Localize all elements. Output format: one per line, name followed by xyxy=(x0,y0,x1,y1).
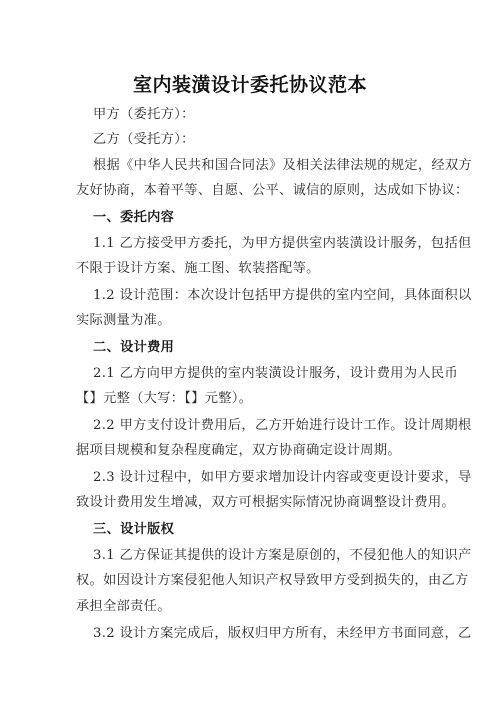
document-title: 室内装潢设计委托协议范本 xyxy=(0,70,500,97)
clause-2-3-line-2: 致设计费用发生增减，双方可根据实际情况协商调整设计费用。 xyxy=(76,494,428,512)
clause-1-2-line-2: 实际测量为准。 xyxy=(76,312,428,330)
clause-2-2-line-2: 据项目规模和复杂程度确定，双方协商确定设计周期。 xyxy=(76,442,428,460)
preamble-line-1: 根据《中华人民共和国合同法》及相关法律法规的规定，经双方 xyxy=(93,157,428,175)
clause-2-1-line-1: 2.1 乙方向甲方提供的室内装潢设计服务，设计费用为人民币 xyxy=(93,365,428,383)
clause-3-1-line-2: 权。如因设计方案侵犯他人知识产权导致甲方受到损失的，由乙方 xyxy=(76,572,428,590)
clause-1-2-line-1: 1.2 设计范围：本次设计包括甲方提供的室内空间，具体面积以 xyxy=(93,287,428,305)
preamble-line-2: 友好协商，本着平等、自愿、公平、诚信的原则，达成如下协议： xyxy=(76,182,428,200)
clause-1-1-line-1: 1.1 乙方接受甲方委托，为甲方提供室内装潢设计服务，包括但 xyxy=(93,235,428,253)
section-heading-3: 三、设计版权 xyxy=(93,521,428,539)
clause-3-1-line-3: 承担全部责任。 xyxy=(76,598,428,616)
clause-3-1-line-1: 3.1 乙方保证其提供的设计方案是原创的，不侵犯他人的知识产 xyxy=(93,547,428,565)
section-heading-1: 一、委托内容 xyxy=(93,209,428,227)
clause-2-2-line-1: 2.2 甲方支付设计费用后，乙方开始进行设计工作。设计周期根 xyxy=(93,417,428,435)
party-a-label: 甲方（委托方）： xyxy=(93,106,428,124)
clause-2-1-line-2: 【】元整（大写：【】元整）。 xyxy=(76,390,428,408)
section-heading-2: 二、设计费用 xyxy=(93,339,428,357)
party-b-label: 乙方（受托方）： xyxy=(93,131,428,149)
clause-2-3-line-1: 2.3 设计过程中，如甲方要求增加设计内容或变更设计要求，导 xyxy=(93,469,428,487)
clause-1-1-line-2: 不限于设计方案、施工图、软装搭配等。 xyxy=(76,260,428,278)
clause-3-2-line-1: 3.2 设计方案完成后，版权归甲方所有，未经甲方书面同意，乙 xyxy=(93,625,428,643)
